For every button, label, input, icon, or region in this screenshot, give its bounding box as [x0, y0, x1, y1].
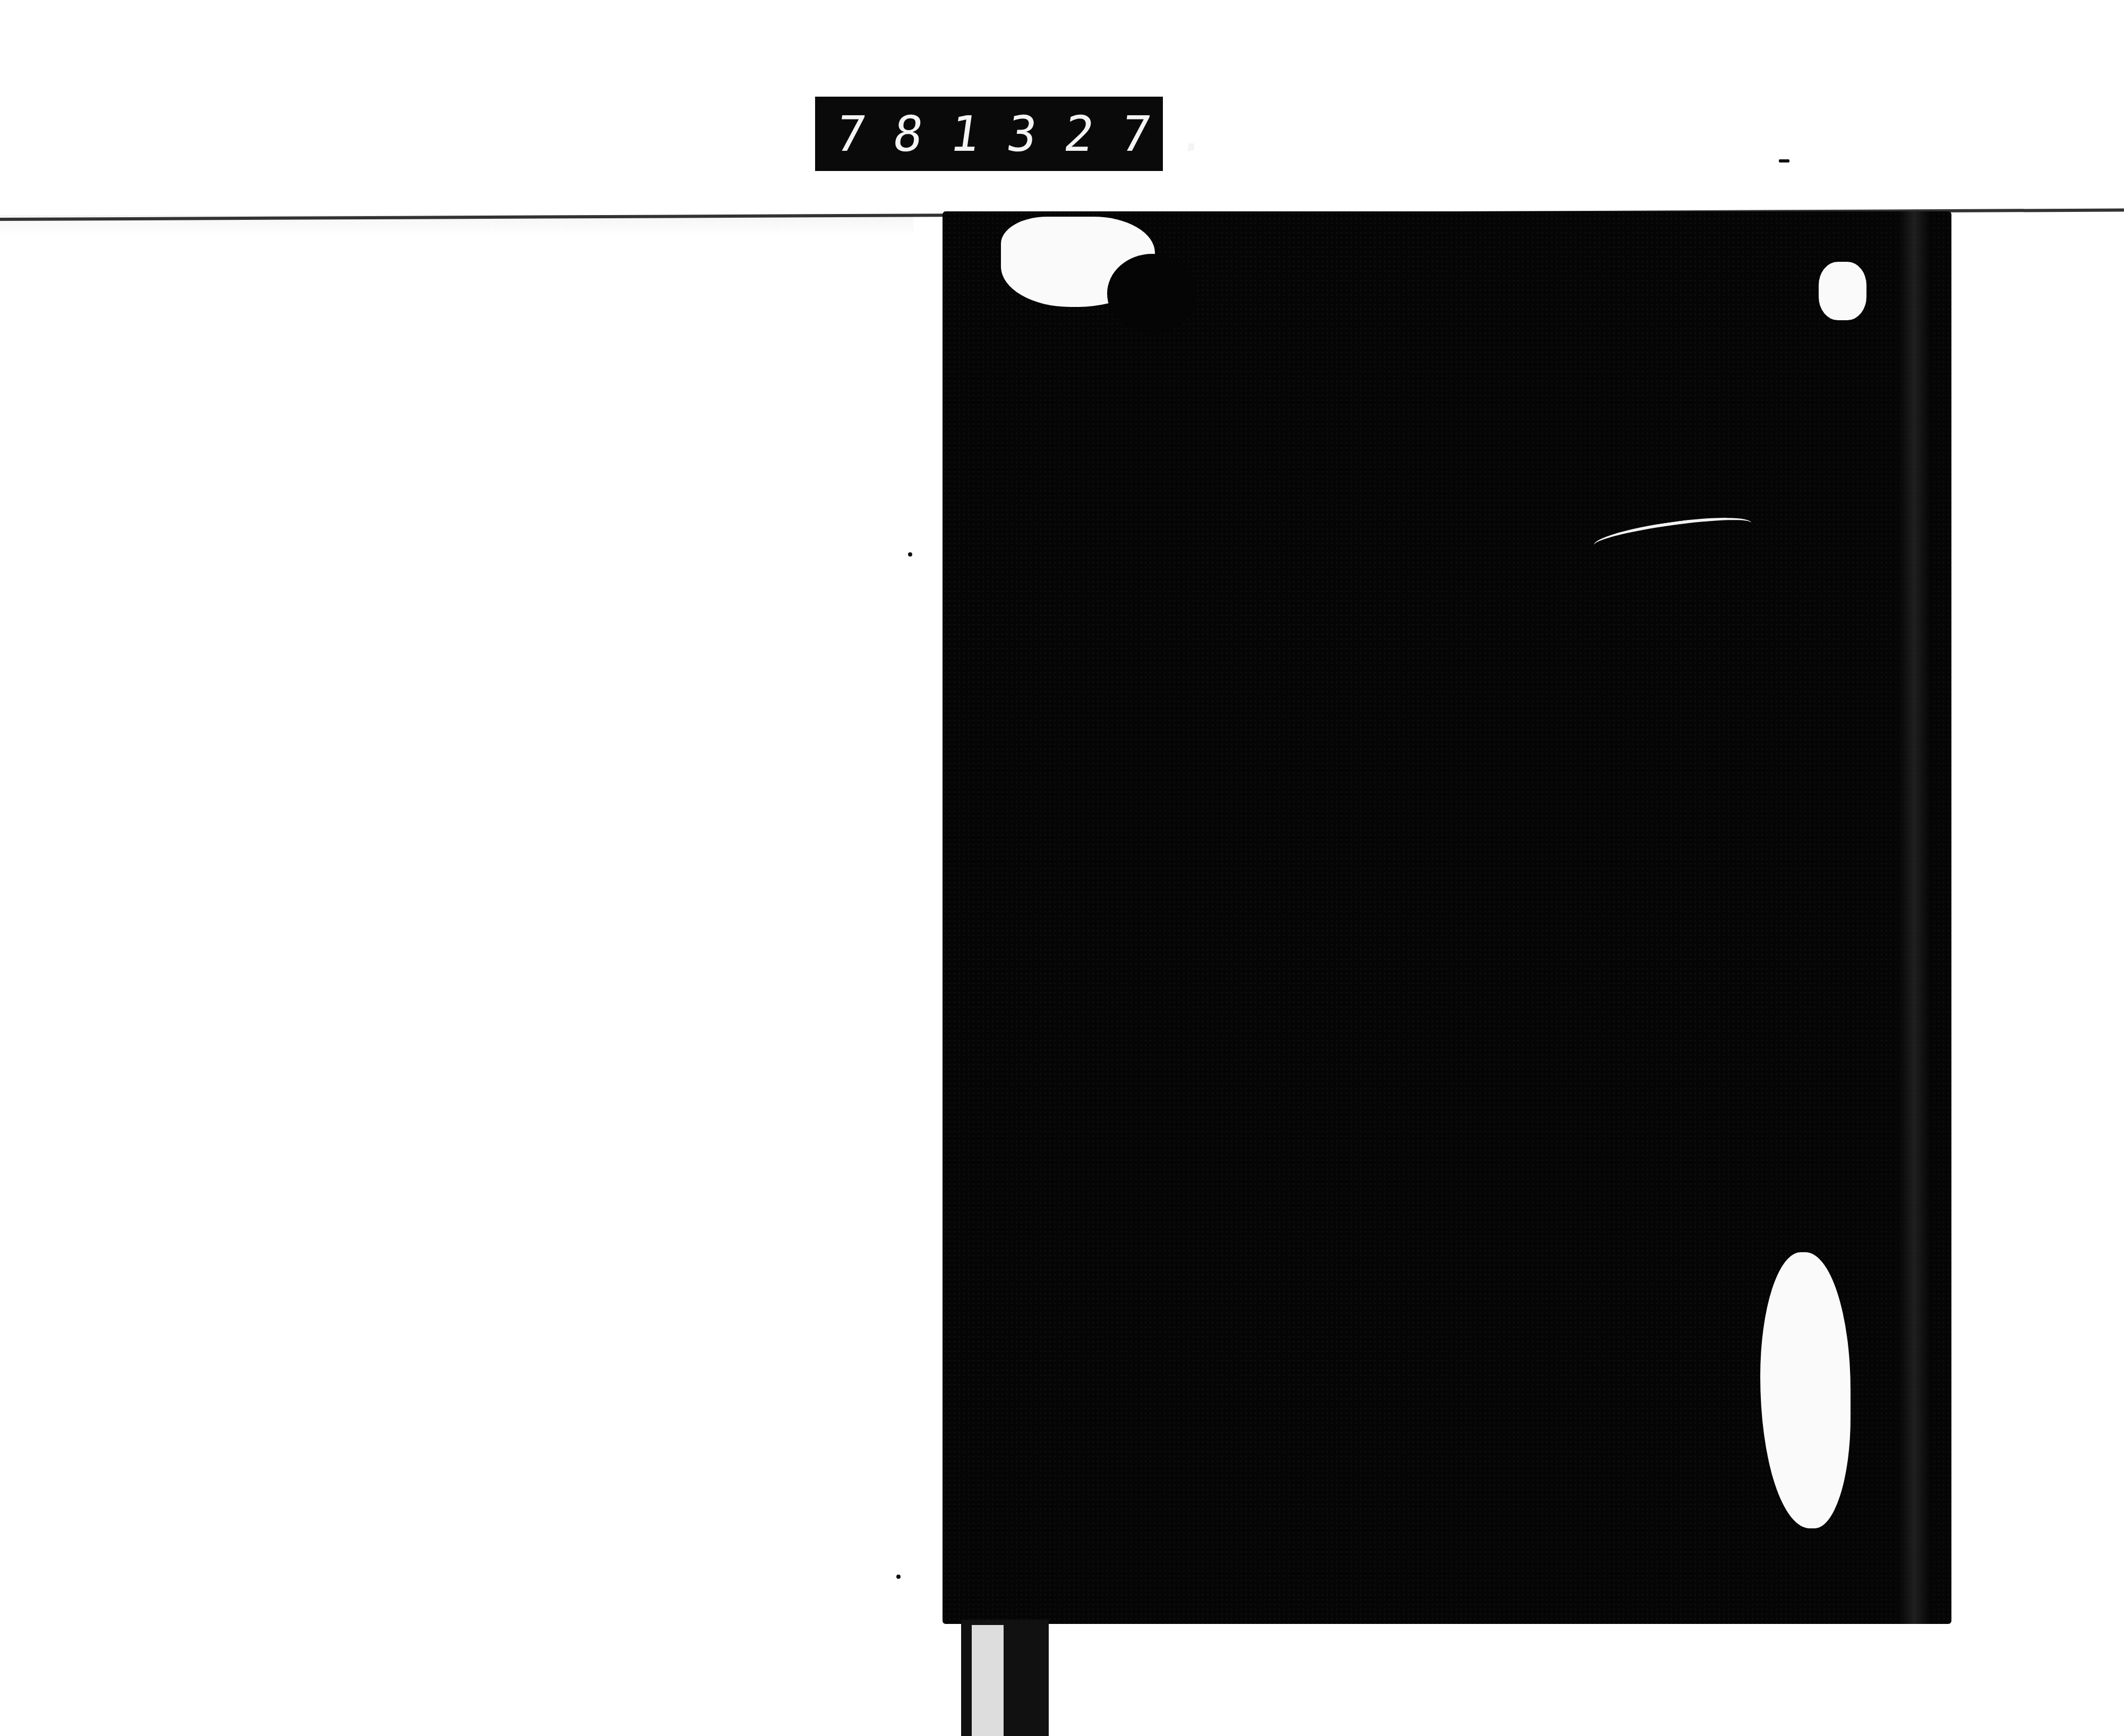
damage-patch-bottom-right	[1760, 1252, 1851, 1528]
frame-counter: 781 327.	[815, 97, 1163, 171]
speck	[1779, 159, 1789, 163]
spine-highlight	[972, 1625, 1004, 1736]
cover-crack	[1592, 511, 1753, 557]
speck	[908, 552, 912, 557]
frame-counter-left: 781	[832, 106, 1011, 163]
cover-edge	[1898, 211, 1930, 1624]
speck	[896, 1575, 901, 1579]
frame-counter-right: 327.	[1004, 106, 1240, 163]
damage-patch-top	[1001, 217, 1155, 307]
damage-patch-top-right	[1819, 262, 1866, 320]
damage-patch-hole	[1107, 254, 1197, 333]
book-cover	[943, 211, 1951, 1624]
